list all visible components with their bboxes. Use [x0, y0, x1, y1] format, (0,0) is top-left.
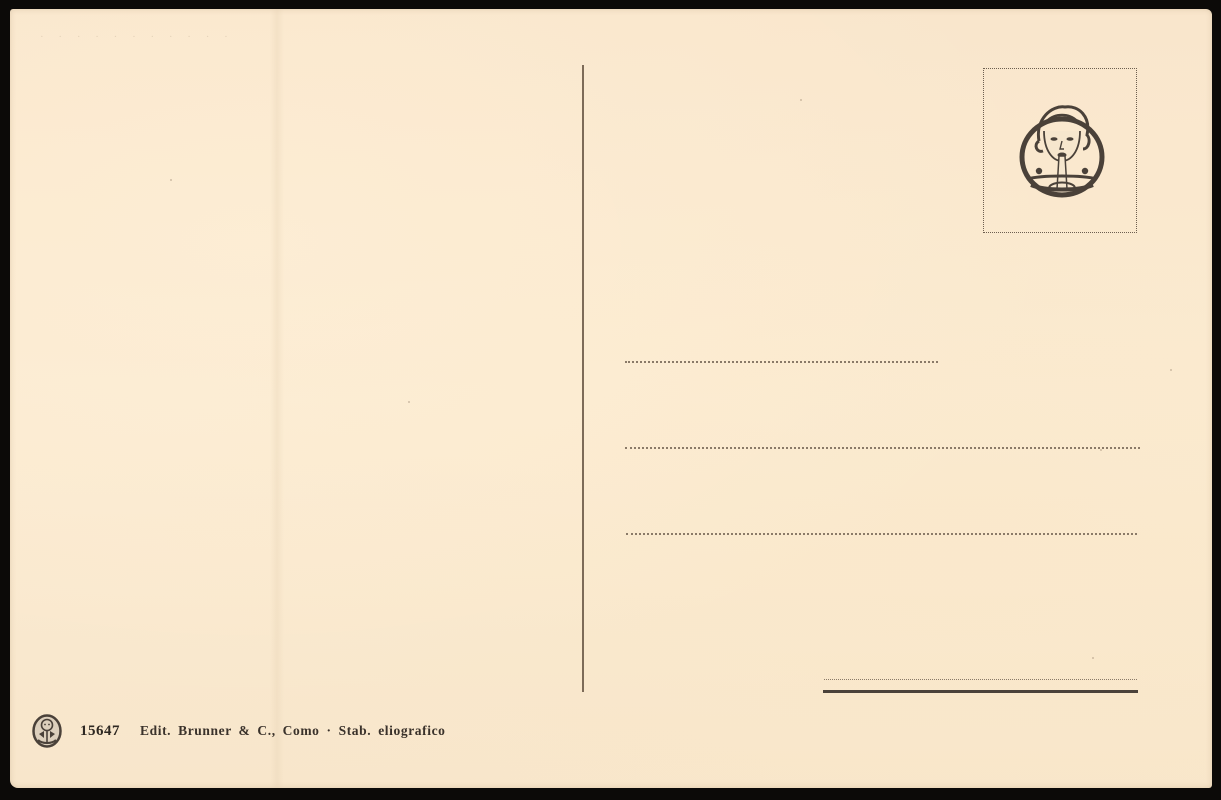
- center-divider-line: [582, 65, 584, 692]
- paper-speck: [800, 99, 802, 101]
- signature-line: [823, 690, 1138, 693]
- paper-speck: [408, 401, 410, 403]
- paper-speck: [170, 179, 172, 181]
- publisher-imprint: Edit. Brunner & C., Como · Stab. eliogra…: [140, 723, 446, 739]
- serial-number: 15647: [80, 723, 120, 740]
- cherub-fountain-head-icon: [1017, 99, 1107, 203]
- scan-background: · · · · · · · · · · ·: [0, 0, 1221, 800]
- stamp-area: [983, 68, 1137, 233]
- paper-speck: [1092, 657, 1094, 659]
- faded-offset-text: · · · · · · · · · · ·: [40, 31, 640, 45]
- address-line-1: [625, 361, 938, 363]
- paper-speck: [1100, 449, 1102, 451]
- address-line-2: [625, 447, 1140, 449]
- paper-fold-shading: [270, 9, 284, 788]
- publisher-footer: 15647 Edit. Brunner & C., Como · Stab. e…: [32, 714, 446, 748]
- address-line-4: [824, 679, 1137, 680]
- cherub-medallion-icon: [32, 714, 62, 748]
- paper-speck: [1170, 369, 1172, 371]
- address-line-3: [626, 533, 1137, 535]
- postcard: · · · · · · · · · · ·: [10, 9, 1212, 788]
